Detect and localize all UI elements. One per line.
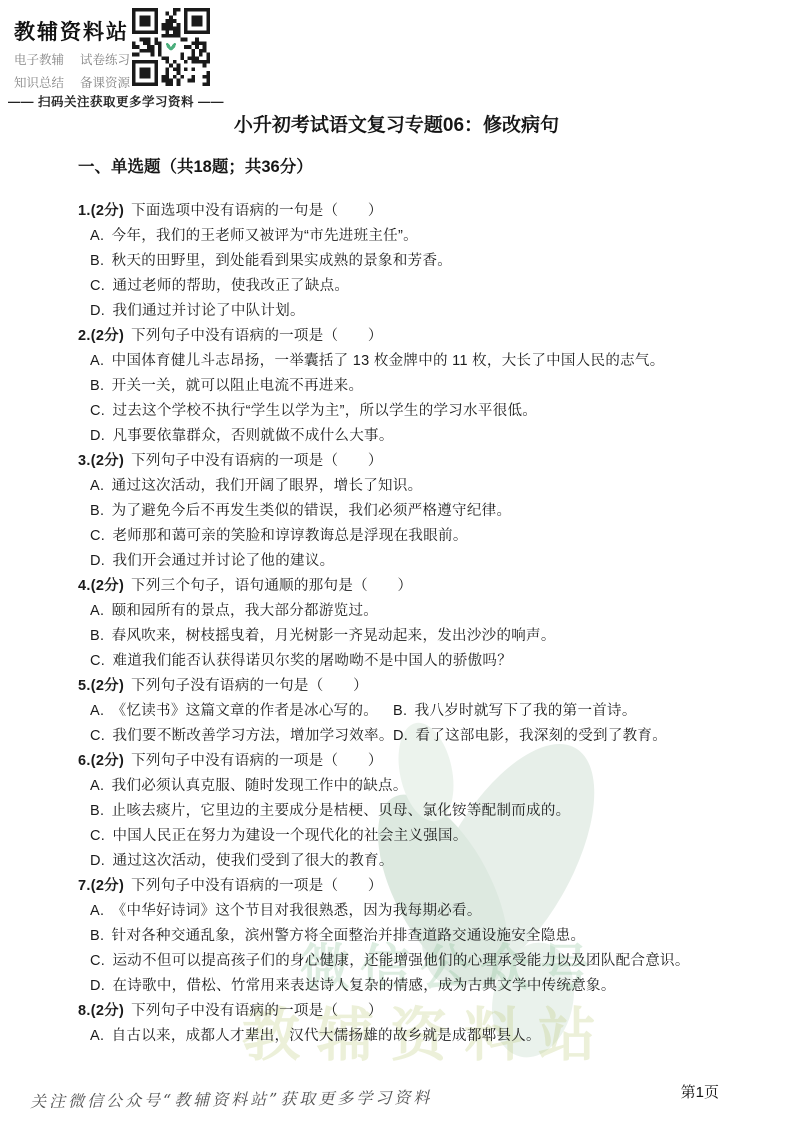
option-a: A. 通过这次活动，我们开阔了眼界，增长了知识。 <box>90 474 733 499</box>
option-a: A. 自古以来，成都人才辈出，汉代大儒扬雄的故乡就是成都郫县人。 <box>90 1024 733 1049</box>
section-heading: 一、单选题（共18题；共36分） <box>78 154 733 180</box>
question-stem-text: 下面选项中没有语病的一句是（ ） <box>131 203 383 219</box>
question-stem: 7.(2分)下列句子中没有语病的一项是（ ） <box>78 874 733 899</box>
question-stem: 8.(2分)下列句子中没有语病的一项是（ ） <box>78 999 733 1024</box>
option-label: C. <box>90 728 105 744</box>
option-text: 《中华好诗词》这个节目对我很熟悉，因为我每期必看。 <box>107 903 481 919</box>
option-label: B. <box>90 628 104 644</box>
option-text: 我们必须认真克服、随时发现工作中的缺点。 <box>107 778 407 794</box>
question-stem: 1.(2分)下面选项中没有语病的一句是（ ） <box>78 199 733 224</box>
option-label: A. <box>90 228 104 244</box>
option-label: A. <box>90 478 104 494</box>
option-label: A. <box>90 1028 104 1044</box>
question-stem-text: 下列句子中没有语病的一项是（ ） <box>131 1003 383 1019</box>
option-label: B. <box>90 503 104 519</box>
option-text: 中国人民正在努力为建设一个现代化的社会主义强国。 <box>108 828 468 844</box>
question-number: 7.(2分) <box>78 878 124 894</box>
question-stem: 4.(2分)下列三个句子，语句通顺的那句是（ ） <box>78 574 733 599</box>
question-7: 7.(2分)下列句子中没有语病的一项是（ ）A. 《中华好诗词》这个节目对我很熟… <box>78 874 733 999</box>
option-text: 在诗歌中，借松、竹常用来表达诗人复杂的情感，成为古典文学中传统意象。 <box>108 978 616 994</box>
option-text: 颐和园所有的景点，我大部分都游览过。 <box>107 603 378 619</box>
option-b: B. 止咳去痰片，它里边的主要成分是桔梗、贝母、氯化铵等配制而成的。 <box>90 799 733 824</box>
option-label: C. <box>90 653 105 669</box>
option-text: 《忆读书》这篇文章的作者是冰心写的。 <box>107 703 378 719</box>
option-text: 春风吹来，树枝摇曳着，月光树影一齐晃动起来，发出沙沙的响声。 <box>107 628 555 644</box>
option-c: C. 过去这个学校不执行“学生以学为主”，所以学生的学习水平很低。 <box>90 399 733 424</box>
question-stem-text: 下列句子中没有语病的一项是（ ） <box>131 328 383 344</box>
question-number: 4.(2分) <box>78 578 124 594</box>
option-d: D. 在诗歌中，借松、竹常用来表达诗人复杂的情感，成为古典文学中传统意象。 <box>90 974 733 999</box>
option-label: C. <box>90 528 105 544</box>
question-stem-text: 下列句子没有语病的一句是（ ） <box>131 678 368 694</box>
option-label: D. <box>90 553 105 569</box>
question-number: 6.(2分) <box>78 753 124 769</box>
brand-tag: 知识总结 <box>14 73 70 91</box>
questions-list: 1.(2分)下面选项中没有语病的一句是（ ）A. 今年，我们的王老师又被评为“市… <box>78 199 733 1049</box>
page-number: 第1页 <box>681 1081 719 1102</box>
option-c: C. 通过老师的帮助，使我改正了缺点。 <box>90 274 733 299</box>
option-label: D. <box>90 978 105 994</box>
options: A. 自古以来，成都人才辈出，汉代大儒扬雄的故乡就是成都郫县人。 <box>78 1024 733 1049</box>
question-6: 6.(2分)下列句子中没有语病的一项是（ ）A. 我们必须认真克服、随时发现工作… <box>78 749 733 874</box>
question-number: 5.(2分) <box>78 678 124 694</box>
option-text: 自古以来，成都人才辈出，汉代大儒扬雄的故乡就是成都郫县人。 <box>107 1028 541 1044</box>
option-text: 看了这部电影，我深刻的受到了教育。 <box>411 728 667 744</box>
brand-tag: 试卷练习 <box>80 50 136 68</box>
question-stem-text: 下列三个句子，语句通顺的那句是（ ） <box>131 578 412 594</box>
question-stem: 2.(2分)下列句子中没有语病的一项是（ ） <box>78 324 733 349</box>
question-1: 1.(2分)下面选项中没有语病的一句是（ ）A. 今年，我们的王老师又被评为“市… <box>78 199 733 324</box>
option-label: D. <box>90 428 105 444</box>
question-stem-text: 下列句子中没有语病的一项是（ ） <box>131 753 383 769</box>
document-page: 微信公众号 教辅资料站 教辅资料站 电子教辅 试卷练习 知识总结 备课资源 ——… <box>0 0 793 1122</box>
footer-note: 关注微信公众号“教辅资料站”获取更多学习资料 <box>30 1085 433 1112</box>
option-label: C. <box>90 403 105 419</box>
options: A. 《中华好诗词》这个节目对我很熟悉，因为我每期必看。B. 针对各种交通乱象，… <box>78 899 733 999</box>
option-text: 止咳去痰片，它里边的主要成分是桔梗、贝母、氯化铵等配制而成的。 <box>107 803 570 819</box>
option-text: 过去这个学校不执行“学生以学为主”，所以学生的学习水平很低。 <box>108 403 537 419</box>
footer: 关注微信公众号“教辅资料站”获取更多学习资料 第1页 <box>0 1072 793 1122</box>
option-c: C. 我们要不断改善学习方法，增加学习效率。 <box>90 724 393 749</box>
option-text: 今年，我们的王老师又被评为“市先进班主任”。 <box>107 228 418 244</box>
question-number: 2.(2分) <box>78 328 124 344</box>
options: A. 我们必须认真克服、随时发现工作中的缺点。B. 止咳去痰片，它里边的主要成分… <box>78 774 733 874</box>
option-label: C. <box>90 953 105 969</box>
question-stem-text: 下列句子中没有语病的一项是（ ） <box>131 878 383 894</box>
question-number: 8.(2分) <box>78 1003 124 1019</box>
question-number: 3.(2分) <box>78 453 124 469</box>
option-text: 通过这次活动，使我们受到了很大的教育。 <box>108 853 394 869</box>
brand-logo-text: 教辅资料站 <box>14 16 129 46</box>
option-a: A. 颐和园所有的景点，我大部分都游览过。 <box>90 599 733 624</box>
question-3: 3.(2分)下列句子中没有语病的一项是（ ）A. 通过这次活动，我们开阔了眼界，… <box>78 449 733 574</box>
option-d: D. 我们通过并讨论了中队计划。 <box>90 299 733 324</box>
question-2: 2.(2分)下列句子中没有语病的一项是（ ）A. 中国体育健儿斗志昂扬，一举囊括… <box>78 324 733 449</box>
option-b: B. 春风吹来，树枝摇曳着，月光树影一齐晃动起来，发出沙沙的响声。 <box>90 624 733 649</box>
option-c: C. 老师那和蔼可亲的笑脸和谆谆教诲总是浮现在我眼前。 <box>90 524 733 549</box>
option-label: D. <box>393 728 408 744</box>
option-label: A. <box>90 353 104 369</box>
option-label: A. <box>90 778 104 794</box>
option-d: D. 凡事要依靠群众，否则就做不成什么大事。 <box>90 424 733 449</box>
option-a: A. 中国体育健儿斗志昂扬，一举囊括了 13 枚金牌中的 11 枚，大长了中国人… <box>90 349 733 374</box>
option-a: A. 《忆读书》这篇文章的作者是冰心写的。 <box>90 699 393 724</box>
option-text: 针对各种交通乱象，滨州警方将全面整治并排查道路交通设施安全隐患。 <box>107 928 585 944</box>
brand-tags: 电子教辅 试卷练习 知识总结 备课资源 <box>14 50 136 91</box>
options: A. 今年，我们的王老师又被评为“市先进班主任”。B. 秋天的田野里，到处能看到… <box>78 224 733 324</box>
option-label: B. <box>90 253 104 269</box>
option-d: D. 看了这部电影，我深刻的受到了教育。 <box>393 724 733 749</box>
option-label: A. <box>90 703 104 719</box>
option-b: B. 秋天的田野里，到处能看到果实成熟的景象和芳香。 <box>90 249 733 274</box>
brand-tag: 备课资源 <box>80 73 136 91</box>
options: A. 中国体育健儿斗志昂扬，一举囊括了 13 枚金牌中的 11 枚，大长了中国人… <box>78 349 733 449</box>
option-label: B. <box>393 703 407 719</box>
option-label: D. <box>90 303 105 319</box>
option-text: 老师那和蔼可亲的笑脸和谆谆教诲总是浮现在我眼前。 <box>108 528 468 544</box>
options: A. 通过这次活动，我们开阔了眼界，增长了知识。B. 为了避免今后不再发生类似的… <box>78 474 733 574</box>
option-label: B. <box>90 803 104 819</box>
option-label: B. <box>90 378 104 394</box>
option-c: C. 难道我们能否认获得诺贝尔奖的屠呦呦不是中国人的骄傲吗？ <box>90 649 733 674</box>
option-text: 运动不但可以提高孩子们的身心健康，还能增强他们的心理承受能力以及团队配合意识。 <box>108 953 690 969</box>
document-body: 小升初考试语文复习专题06：修改病句 一、单选题（共18题；共36分） 1.(2… <box>60 112 733 1049</box>
option-b: B. 为了避免今后不再发生类似的错误，我们必须严格遵守纪律。 <box>90 499 733 524</box>
question-5: 5.(2分)下列句子没有语病的一句是（ ）A. 《忆读书》这篇文章的作者是冰心写… <box>78 674 733 749</box>
question-stem: 3.(2分)下列句子中没有语病的一项是（ ） <box>78 449 733 474</box>
question-4: 4.(2分)下列三个句子，语句通顺的那句是（ ）A. 颐和园所有的景点，我大部分… <box>78 574 733 674</box>
question-8: 8.(2分)下列句子中没有语病的一项是（ ）A. 自古以来，成都人才辈出，汉代大… <box>78 999 733 1049</box>
option-text: 我八岁时就写下了我的第一首诗。 <box>410 703 636 719</box>
option-text: 凡事要依靠群众，否则就做不成什么大事。 <box>108 428 394 444</box>
option-a: A. 我们必须认真克服、随时发现工作中的缺点。 <box>90 774 733 799</box>
options: A. 《忆读书》这篇文章的作者是冰心写的。B. 我八岁时就写下了我的第一首诗。C… <box>78 699 733 749</box>
option-text: 我们要不断改善学习方法，增加学习效率。 <box>108 728 394 744</box>
option-label: A. <box>90 603 104 619</box>
question-stem-text: 下列句子中没有语病的一项是（ ） <box>131 453 383 469</box>
option-text: 为了避免今后不再发生类似的错误，我们必须严格遵守纪律。 <box>107 503 511 519</box>
option-d: D. 通过这次活动，使我们受到了很大的教育。 <box>90 849 733 874</box>
options: A. 颐和园所有的景点，我大部分都游览过。B. 春风吹来，树枝摇曳着，月光树影一… <box>78 599 733 674</box>
option-c: C. 中国人民正在努力为建设一个现代化的社会主义强国。 <box>90 824 733 849</box>
option-label: C. <box>90 828 105 844</box>
option-text: 开关一关，就可以阻止电流不再进来。 <box>107 378 363 394</box>
option-b: B. 我八岁时就写下了我的第一首诗。 <box>393 699 733 724</box>
option-label: C. <box>90 278 105 294</box>
option-text: 秋天的田野里，到处能看到果实成熟的景象和芳香。 <box>107 253 452 269</box>
option-text: 中国体育健儿斗志昂扬，一举囊括了 13 枚金牌中的 11 枚，大长了中国人民的志… <box>107 353 664 369</box>
option-b: B. 针对各种交通乱象，滨州警方将全面整治并排查道路交通设施安全隐患。 <box>90 924 733 949</box>
option-text: 通过老师的帮助，使我改正了缺点。 <box>108 278 349 294</box>
option-b: B. 开关一关，就可以阻止电流不再进来。 <box>90 374 733 399</box>
question-stem: 6.(2分)下列句子中没有语病的一项是（ ） <box>78 749 733 774</box>
option-label: A. <box>90 903 104 919</box>
option-d: D. 我们开会通过并讨论了他的建议。 <box>90 549 733 574</box>
option-text: 通过这次活动，我们开阔了眼界，增长了知识。 <box>107 478 422 494</box>
option-a: A. 《中华好诗词》这个节目对我很熟悉，因为我每期必看。 <box>90 899 733 924</box>
question-stem: 5.(2分)下列句子没有语病的一句是（ ） <box>78 674 733 699</box>
question-number: 1.(2分) <box>78 203 124 219</box>
option-c: C. 运动不但可以提高孩子们的身心健康，还能增强他们的心理承受能力以及团队配合意… <box>90 949 733 974</box>
scan-follow-tagline: —— 扫码关注获取更多学习资料 —— <box>8 92 224 110</box>
option-label: B. <box>90 928 104 944</box>
option-text: 难道我们能否认获得诺贝尔奖的屠呦呦不是中国人的骄傲吗？ <box>108 653 512 669</box>
option-text: 我们通过并讨论了中队计划。 <box>108 303 305 319</box>
qr-code <box>132 8 210 86</box>
option-label: D. <box>90 853 105 869</box>
option-text: 我们开会通过并讨论了他的建议。 <box>108 553 334 569</box>
brand-tag: 电子教辅 <box>14 50 70 68</box>
option-a: A. 今年，我们的王老师又被评为“市先进班主任”。 <box>90 224 733 249</box>
page-title: 小升初考试语文复习专题06：修改病句 <box>60 112 733 140</box>
